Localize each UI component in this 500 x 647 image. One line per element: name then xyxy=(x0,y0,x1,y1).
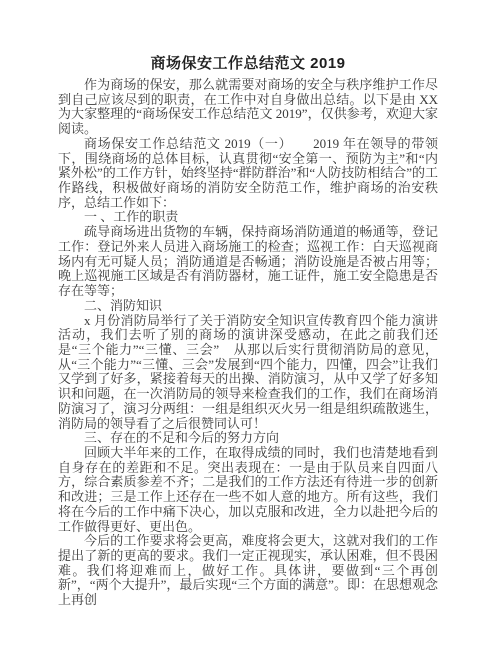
paragraph-opening: 商场保安工作总结范文 2019（一） 2019 年在领导的带领下，围绕商场的总体… xyxy=(58,137,438,211)
section-heading-3: 三、存在的不足和今后的努力方向 xyxy=(58,431,438,446)
paragraph-closing: 今后的工作要求将会更高，难度将会更大，这就对我们的工作提出了新的更高的要求。我们… xyxy=(58,534,438,608)
paragraph-section-2: x 月份消防局举行了关于消防安全知识宣传教育四个能力演讲活动，我们去听了别的商场… xyxy=(58,314,438,432)
section-heading-1: 一 、工作的职责 xyxy=(58,210,438,225)
paragraph-section-3: 回顾大半年来的工作，在取得成绩的同时，我们也清楚地看到自身存在的差距和不足。突出… xyxy=(58,446,438,534)
paragraph-intro: 作为商场的保安，那么就需要对商场的安全与秩序维护工作尽到自己应该尽到的职责，在工… xyxy=(58,78,438,137)
section-heading-2: 二、消防知识 xyxy=(58,299,438,314)
paragraph-section-1: 疏导商场进出货物的车辆，保持商场消防通道的畅通等，登记工作：登记外来人员进入商场… xyxy=(58,225,438,299)
document-page: 商场保安工作总结范文 2019 作为商场的保安，那么就需要对商场的安全与秩序维护… xyxy=(0,0,500,647)
document-title: 商场保安工作总结范文 2019 xyxy=(58,54,438,74)
